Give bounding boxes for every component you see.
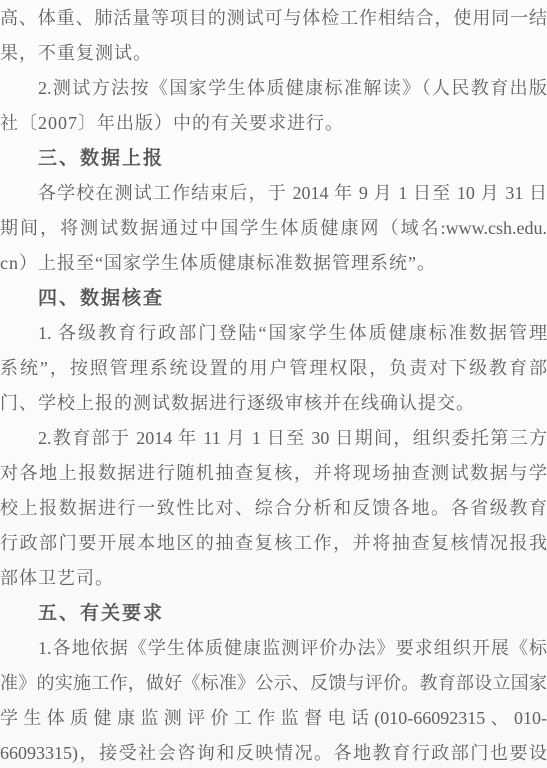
text-line-website-url: 期间，将测试数据通过中国学生体质健康网（域名:www.csh.edu. bbox=[0, 211, 547, 246]
text-line-item-1: 1.各地依据《学生体质健康监测评价办法》要求组织开展《标 bbox=[0, 631, 547, 666]
text-line: 高、体重、肺活量等项目的测试可与体检工作相结合，使用同一结 bbox=[0, 1, 547, 36]
text-line: 准》的实施工作，做好《标准》公示、反馈与评价。教育部设立国家 bbox=[0, 666, 547, 701]
document-page: 高、体重、肺活量等项目的测试可与体检工作相结合，使用同一结 果，不重复测试。 2… bbox=[0, 0, 547, 768]
text-line: 对各地上报数据进行随机抽查复核，并将现场抽查测试数据与学 bbox=[0, 456, 547, 491]
text-line: 校上报数据进行一致性比对、综合分析和反馈各地。各省级教育 bbox=[0, 491, 547, 526]
heading-section-3-data-upload: 三、数据上报 bbox=[0, 141, 547, 176]
heading-section-5-requirements: 五、有关要求 bbox=[0, 596, 547, 631]
text-line-item-1: 1. 各级教育行政部门登陆“国家学生体质健康标准数据管理 bbox=[0, 316, 547, 351]
text-line: 果，不重复测试。 bbox=[0, 36, 547, 71]
text-line: 门、学校上报的测试数据进行逐级审核并在线确认提交。 bbox=[0, 386, 547, 421]
text-line-item-2: 2.教育部于 2014 年 11 月 1 日至 30 日期间，组织委托第三方 bbox=[0, 421, 547, 456]
text-line: 行政部门要开展本地区的抽查复核工作，并将抽查复核情况报我 bbox=[0, 526, 547, 561]
text-line: 部体卫艺司。 bbox=[0, 561, 547, 596]
text-line-phone-numbers: 学生体质健康监测评价工作监督电话(010-66092315、010- bbox=[0, 701, 547, 736]
text-line: 各学校在测试工作结束后，于 2014 年 9 月 1 日至 10 月 31 日 bbox=[0, 176, 547, 211]
text-line-phone-numbers: 66093315)，接受社会咨询和反映情况。各地教育行政部门也要设 bbox=[0, 736, 547, 768]
heading-section-4-data-check: 四、数据核查 bbox=[0, 281, 547, 316]
text-line: cn）上报至“国家学生体质健康标准数据管理系统”。 bbox=[0, 246, 547, 281]
text-line: 系统”，按照管理系统设置的用户管理权限，负责对下级教育部 bbox=[0, 351, 547, 386]
text-line: 社〔2007〕年出版）中的有关要求进行。 bbox=[0, 106, 547, 141]
text-line-item-2: 2.测试方法按《国家学生体质健康标准解读》（人民教育出版 bbox=[0, 71, 547, 106]
